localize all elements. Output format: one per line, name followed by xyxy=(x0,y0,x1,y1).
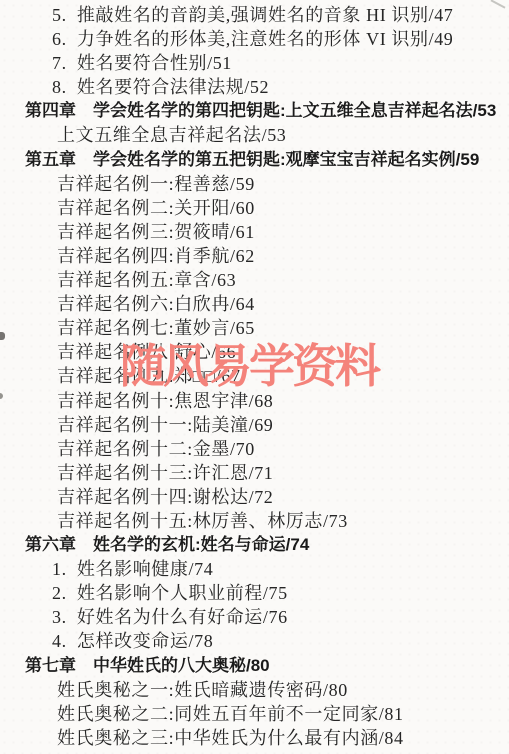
toc-line-numbered: 7. 姓名要符合性别/51 xyxy=(0,51,509,75)
toc-line-sub: 吉祥起名例十:焦恩宇津/68 xyxy=(0,389,509,413)
toc-line-chapter: 第七章 中华姓氏的八大奥秘/80 xyxy=(0,654,509,678)
toc-line-sub: 吉祥起名例九:郑□□/67 xyxy=(0,364,509,388)
toc-line-chapter: 第五章 学会姓名学的第五把钥匙:观摩宝宝吉祥起名实例/59 xyxy=(0,148,509,172)
toc-line-sub: 吉祥起名例十一:陆美潼/69 xyxy=(0,413,509,437)
book-page: 5. 推敲姓名的音韵美,强调姓名的音象 HI 识别/476. 力争姓名的形体美,… xyxy=(0,0,509,754)
scan-artifact-left-edge xyxy=(0,332,5,340)
toc-line-numbered: 2. 姓名影响个人职业前程/75 xyxy=(0,581,509,605)
toc-line-numbered: 3. 好姓名为什么有好命运/76 xyxy=(0,605,509,629)
toc-line-chapter: 第四章 学会姓名学的第四把钥匙:上文五维全息吉祥起名法/53 xyxy=(0,99,509,123)
toc-line-sub: 吉祥起名例十二:金墨/70 xyxy=(0,437,509,461)
toc-line-sub: 姓氏奥秘之三:中华姓氏为什么最有内涵/84 xyxy=(0,726,509,750)
toc-line-numbered: 1. 姓名影响健康/74 xyxy=(0,557,509,581)
toc-line-sub: 上文五维全息吉祥起名法/53 xyxy=(0,123,509,147)
toc-line-sub: 姓氏奥秘之一:姓氏暗藏遗传密码/80 xyxy=(0,678,509,702)
toc-line-chapter: 第六章 姓名学的玄机:姓名与命运/74 xyxy=(0,533,509,557)
table-of-contents: 5. 推敲姓名的音韵美,强调姓名的音象 HI 识别/476. 力争姓名的形体美,… xyxy=(0,3,509,750)
toc-line-sub: 吉祥起名例四:肖季航/62 xyxy=(0,244,509,268)
toc-line-sub: 姓氏奥秘之二:同姓五百年前不一定同家/81 xyxy=(0,702,509,726)
toc-line-numbered: 4. 怎样改变命运/78 xyxy=(0,629,509,653)
toc-line-numbered: 6. 力争姓名的形体美,注意姓名的形体 VI 识别/49 xyxy=(0,27,509,51)
toc-line-sub: 吉祥起名例八:舒心/66 xyxy=(0,340,509,364)
toc-line-sub: 吉祥起名例七:董妙言/65 xyxy=(0,316,509,340)
toc-line-sub: 吉祥起名例六:白欣冉/64 xyxy=(0,292,509,316)
toc-line-sub: 吉祥起名例十三:许汇恩/71 xyxy=(0,461,509,485)
toc-line-sub: 吉祥起名例二:关开阳/60 xyxy=(0,196,509,220)
toc-line-sub: 吉祥起名例十四:谢松达/72 xyxy=(0,485,509,509)
toc-line-numbered: 5. 推敲姓名的音韵美,强调姓名的音象 HI 识别/47 xyxy=(0,3,509,27)
toc-line-sub: 吉祥起名例三:贺筱晴/61 xyxy=(0,220,509,244)
toc-line-numbered: 8. 姓名要符合法律法规/52 xyxy=(0,75,509,99)
toc-line-sub: 吉祥起名例一:程善慈/59 xyxy=(0,172,509,196)
toc-line-sub: 吉祥起名例五:章含/63 xyxy=(0,268,509,292)
toc-line-sub: 吉祥起名例十五:林厉善、林厉志/73 xyxy=(0,509,509,533)
